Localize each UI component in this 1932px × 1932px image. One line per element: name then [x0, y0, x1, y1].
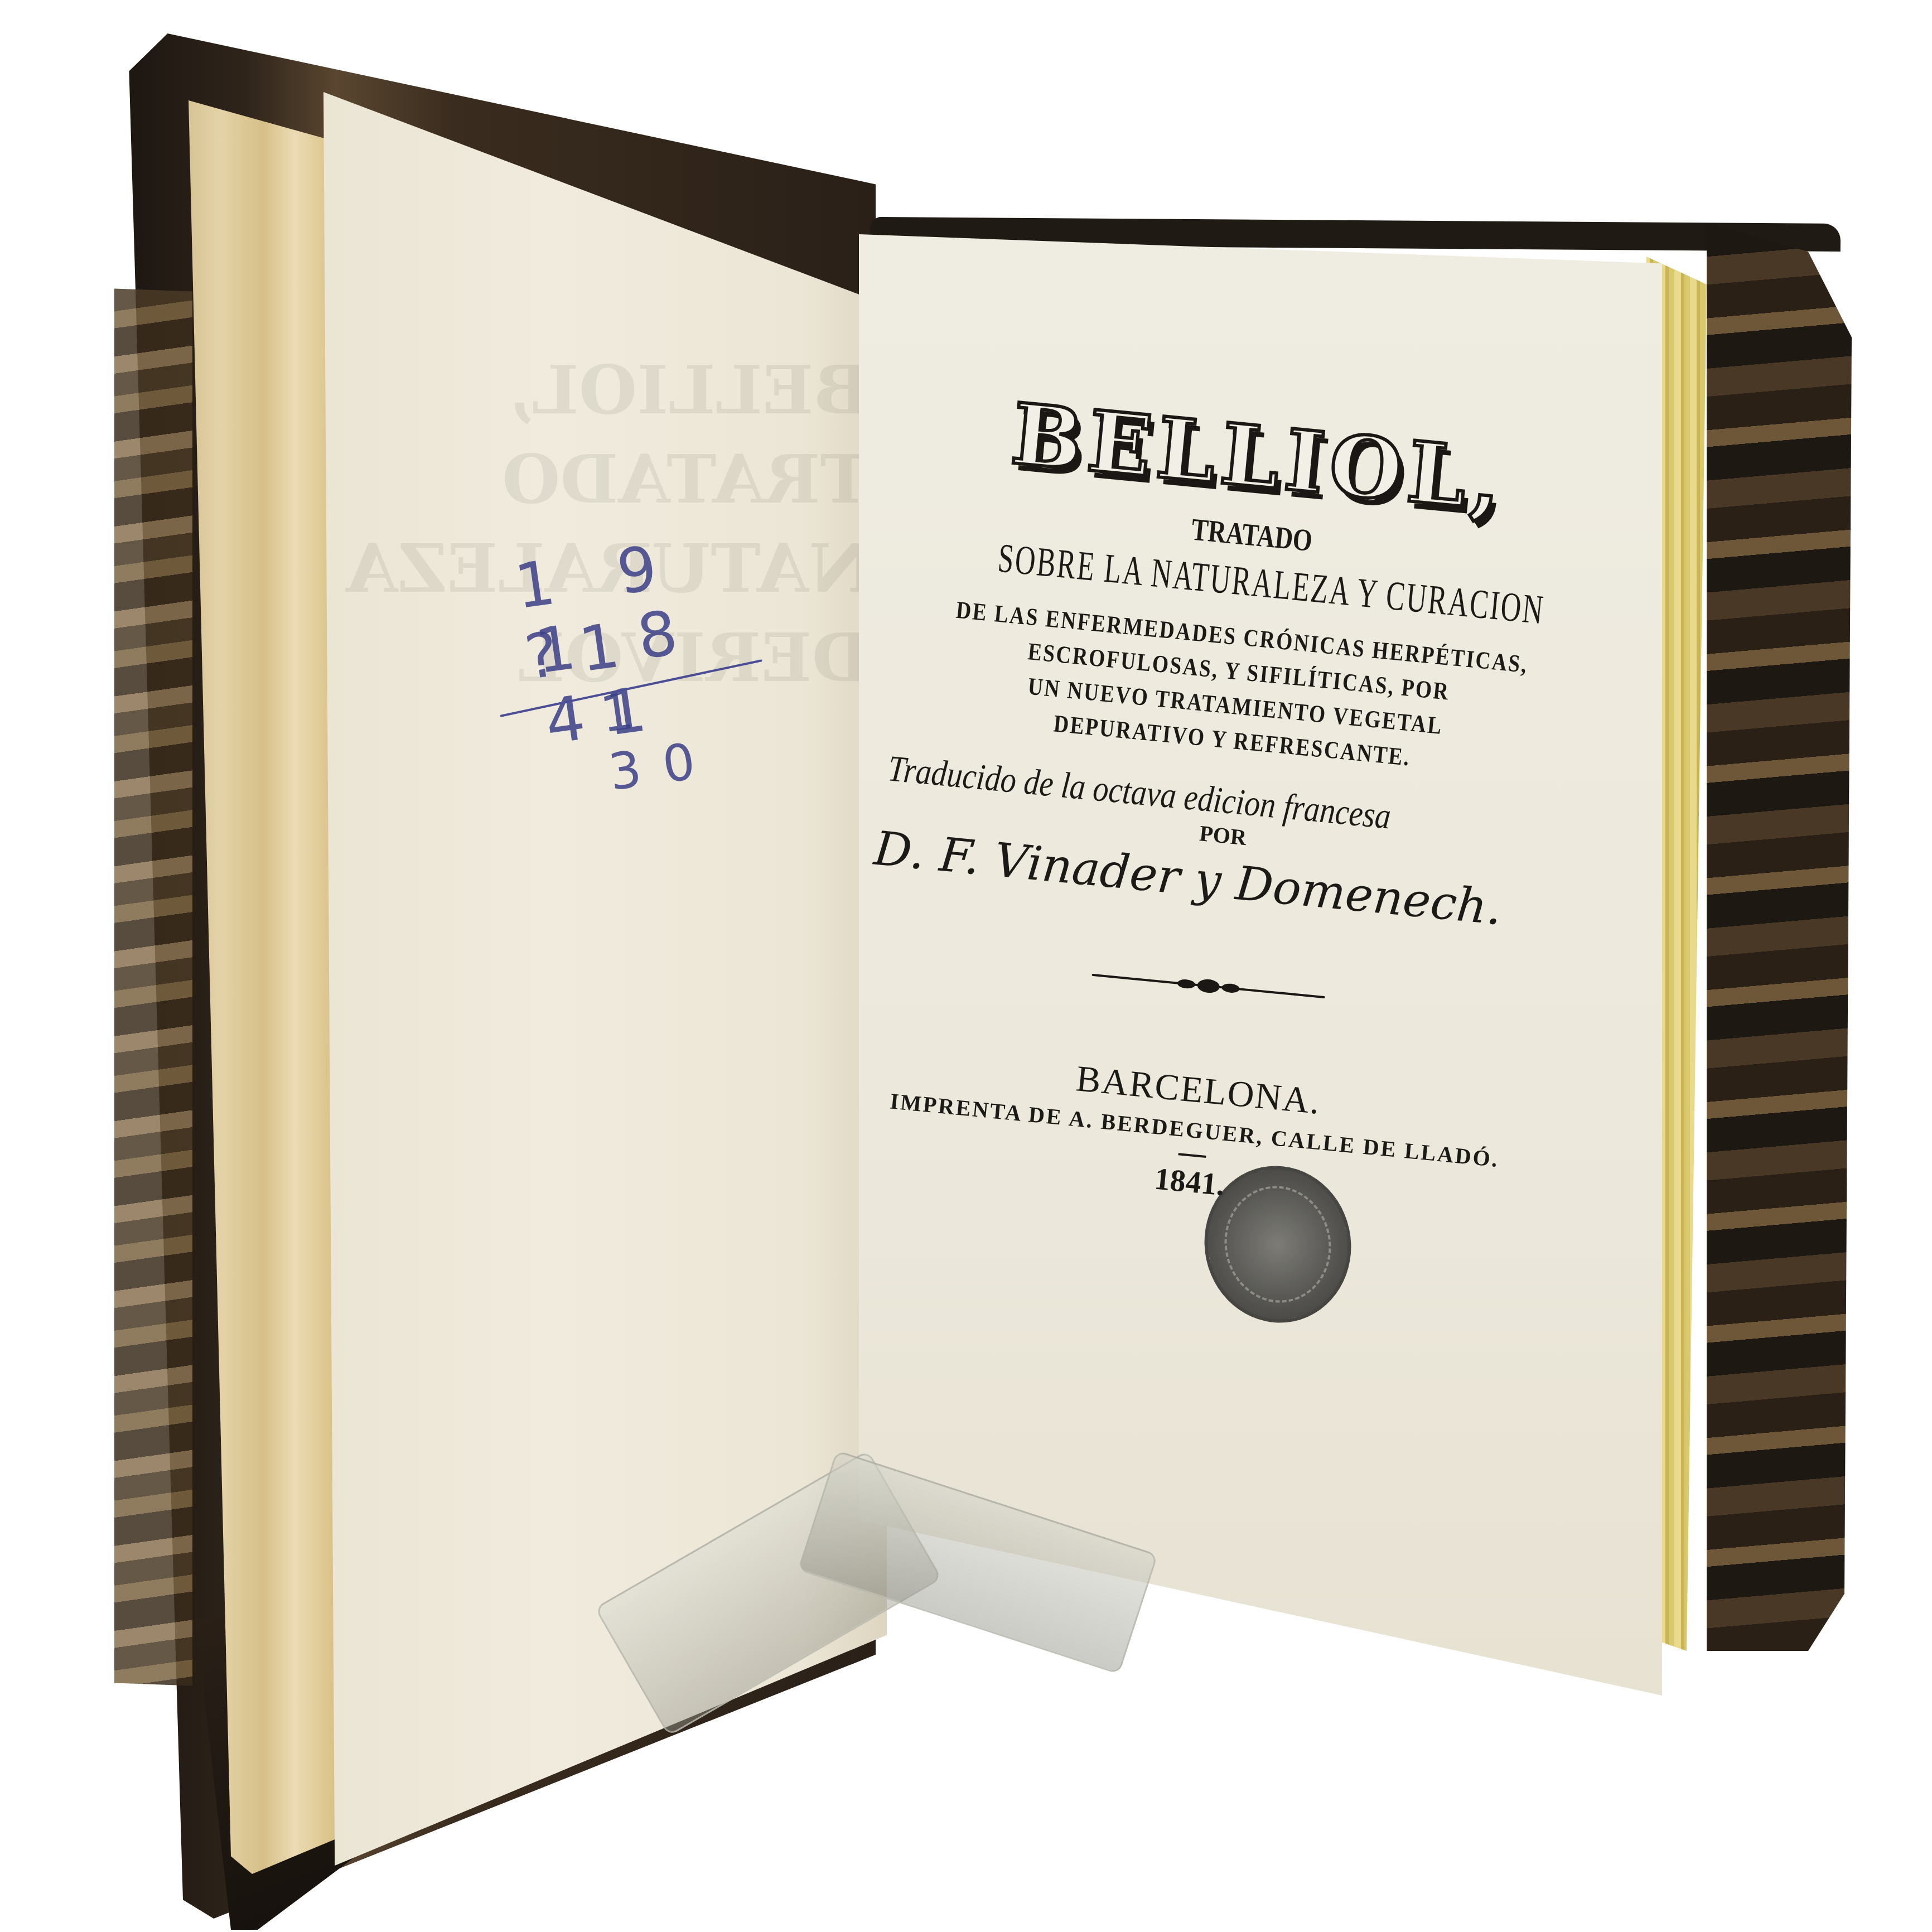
ornamental-rule-icon — [1091, 964, 1326, 1008]
bleed-line: TRATADO — [558, 435, 870, 524]
ornament-knot — [1197, 978, 1220, 994]
title-page-text: BELLIOL, TRATADO SOBRE LA NATURALEZA Y C… — [786, 312, 1636, 1604]
marbled-cover-edge — [114, 289, 192, 1686]
bleed-line: BELLIOL, — [558, 346, 870, 435]
short-rule — [1178, 1153, 1206, 1158]
handwritten-notes: 1 9 ?1 1 8 41 1 30 — [477, 516, 794, 767]
book-cover-right — [1707, 223, 1852, 1651]
